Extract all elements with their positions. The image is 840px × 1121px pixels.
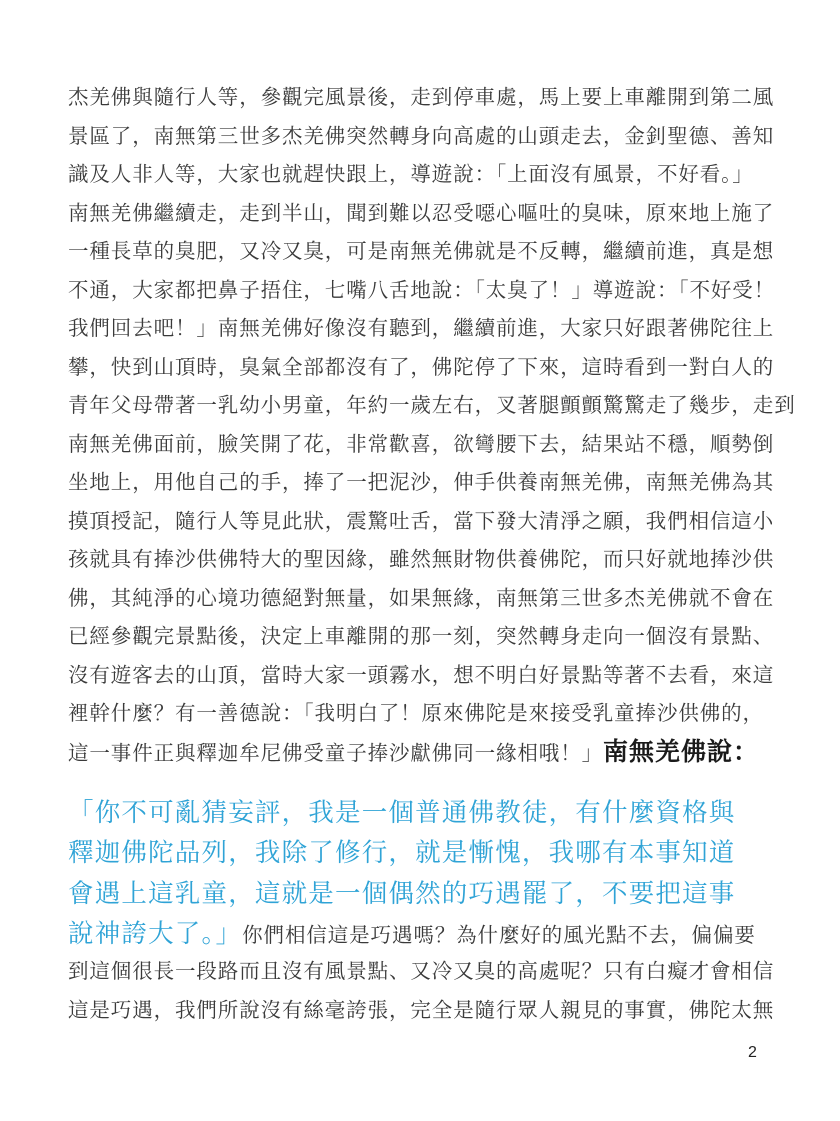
paragraph-line: 孩就具有捧沙供佛特大的聖因緣，雖然無財物供養佛陀，而只好就地捧沙供 (68, 545, 758, 573)
paragraph-text: 你們相信這是巧遇嗎？為什麼好的風光點不去，偏偏要 (242, 923, 756, 947)
paragraph-line: 沒有遊客去的山頂，當時大家一頭霧水，想不明白好景點等著不去看，來這 (68, 661, 758, 689)
paragraph-line: 景區了，南無第三世多杰羌佛突然轉身向高處的山頭走去，金釗聖德、善知 (68, 122, 758, 150)
document-page: 杰羌佛與隨行人等，參觀完風景後，走到停車處，馬上要上車離開到第二風 景區了，南無… (0, 0, 840, 1121)
paragraph-line: 青年父母帶著一乳幼小男童，年約一歲左右，叉著腿顫顫驚驚走了幾步，走到 (68, 391, 758, 419)
paragraph-line: 到這個很長一段路而且沒有風景點、又冷又臭的高處呢？只有白癡才會相信 (68, 957, 758, 985)
quote-line: 釋迦佛陀品列，我除了修行，就是慚愧，我哪有本事知道 (68, 836, 758, 870)
quote-line: 會遇上這乳童，這就是一個偶然的巧遇罷了，不要把這事 (68, 877, 758, 911)
quote-end-line: 說神誇大了。」你們相信這是巧遇嗎？為什麼好的風光點不去，偏偏要 (68, 917, 758, 951)
paragraph-line: 攀，快到山頂時，臭氣全部都沒有了，佛陀停了下來，這時看到一對白人的 (68, 353, 758, 381)
paragraph-line: 已經參觀完景點後，決定上車離開的那一刻，突然轉身走向一個沒有景點、 (68, 622, 758, 650)
paragraph-line: 一種長草的臭肥，又冷又臭，可是南無羌佛就是不反轉，繼續前進，真是想 (68, 237, 758, 265)
speaker-label: 南無羌佛說： (603, 737, 759, 766)
paragraph-line: 南無羌佛面前，臉笑開了花，非常歡喜，欲彎腰下去，結果站不穩，順勢倒 (68, 430, 758, 458)
paragraph-text: 這一事件正與釋迦牟尼佛受童子捧沙獻佛同一緣相哦！」 (68, 741, 603, 765)
paragraph-line: 識及人非人等，大家也就趕快跟上，導遊說：「上面沒有風景，不好看。」 (68, 160, 758, 188)
paragraph-line: 這是巧遇，我們所說沒有絲毫誇張，完全是隨行眾人親見的事實，佛陀太無 (68, 996, 758, 1024)
paragraph-line: 佛，其純淨的心境功德絕對無量，如果無緣，南無第三世多杰羌佛就不會在 (68, 584, 758, 612)
page-number: 2 (748, 1044, 757, 1062)
paragraph-line: 坐地上，用他自己的手，捧了一把泥沙，伸手供養南無羌佛，南無羌佛為其 (68, 468, 758, 496)
quote-text: 說神誇大了。」 (68, 919, 242, 949)
paragraph-line: 裡幹什麼？有一善德說：「我明白了！原來佛陀是來接受乳童捧沙供佛的， (68, 699, 758, 727)
paragraph-line: 我們回去吧！」南無羌佛好像沒有聽到，繼續前進，大家只好跟著佛陀往上 (68, 314, 758, 342)
paragraph-line: 不通，大家都把鼻子捂住，七嘴八舌地說：「太臭了！」導遊說：「不好受！ (68, 276, 758, 304)
quote-line: 「你不可亂猜妄評，我是一個普通佛教徒，有什麼資格與 (68, 796, 758, 830)
paragraph-line: 摸頂授記，隨行人等見此狀，震驚吐舌，當下發大清淨之願，我們相信這小 (68, 507, 758, 535)
paragraph-line: 這一事件正與釋迦牟尼佛受童子捧沙獻佛同一緣相哦！」南無羌佛說： (68, 738, 758, 767)
paragraph-line: 杰羌佛與隨行人等，參觀完風景後，走到停車處，馬上要上車離開到第二風 (68, 83, 758, 111)
paragraph-line: 南無羌佛繼續走，走到半山，聞到難以忍受噁心嘔吐的臭味，原來地上施了 (68, 199, 758, 227)
